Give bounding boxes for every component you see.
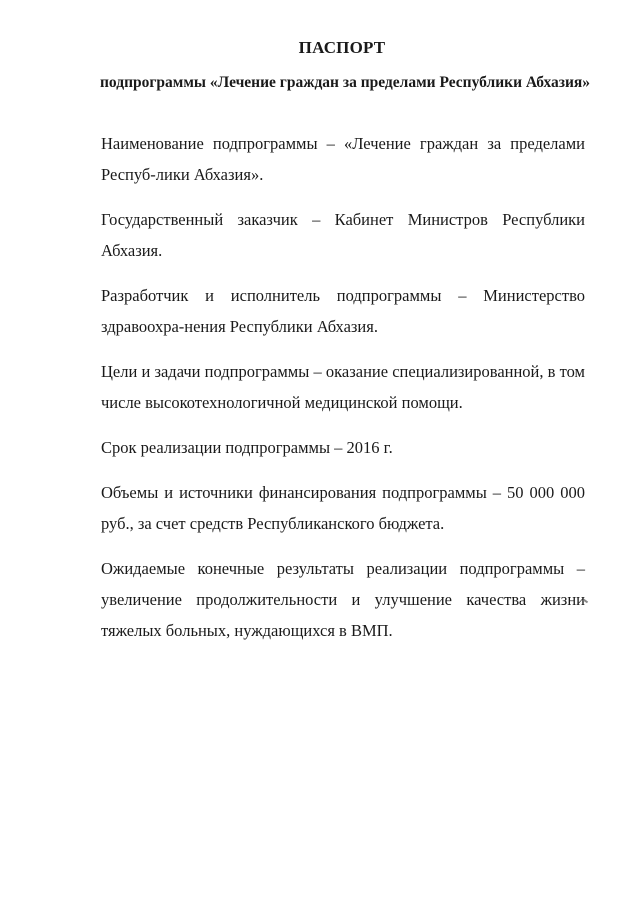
paragraph-program-name: Наименование подпрограммы – «Лечение гра… — [101, 128, 585, 190]
document-title: ПАСПОРТ — [0, 38, 640, 58]
paragraph-goals-objectives: Цели и задачи подпрограммы – оказание сп… — [101, 356, 585, 418]
document-subtitle: подпрограммы «Лечение граждан за предела… — [100, 74, 588, 92]
document-page: ПАСПОРТ подпрограммы «Лечение граждан за… — [0, 0, 640, 905]
paragraph-state-customer: Государственный заказчик – Кабинет Минис… — [101, 204, 585, 266]
document-body: Наименование подпрограммы – «Лечение гра… — [101, 128, 585, 660]
paragraph-developer-executor: Разработчик и исполнитель подпрограммы –… — [101, 280, 585, 342]
paragraph-implementation-period: Срок реализации подпрограммы – 2016 г. — [101, 432, 585, 463]
paragraph-funding: Объемы и источники финансирования подпро… — [101, 477, 585, 539]
paragraph-expected-results: Ожидаемые конечные результаты реализации… — [101, 553, 585, 646]
